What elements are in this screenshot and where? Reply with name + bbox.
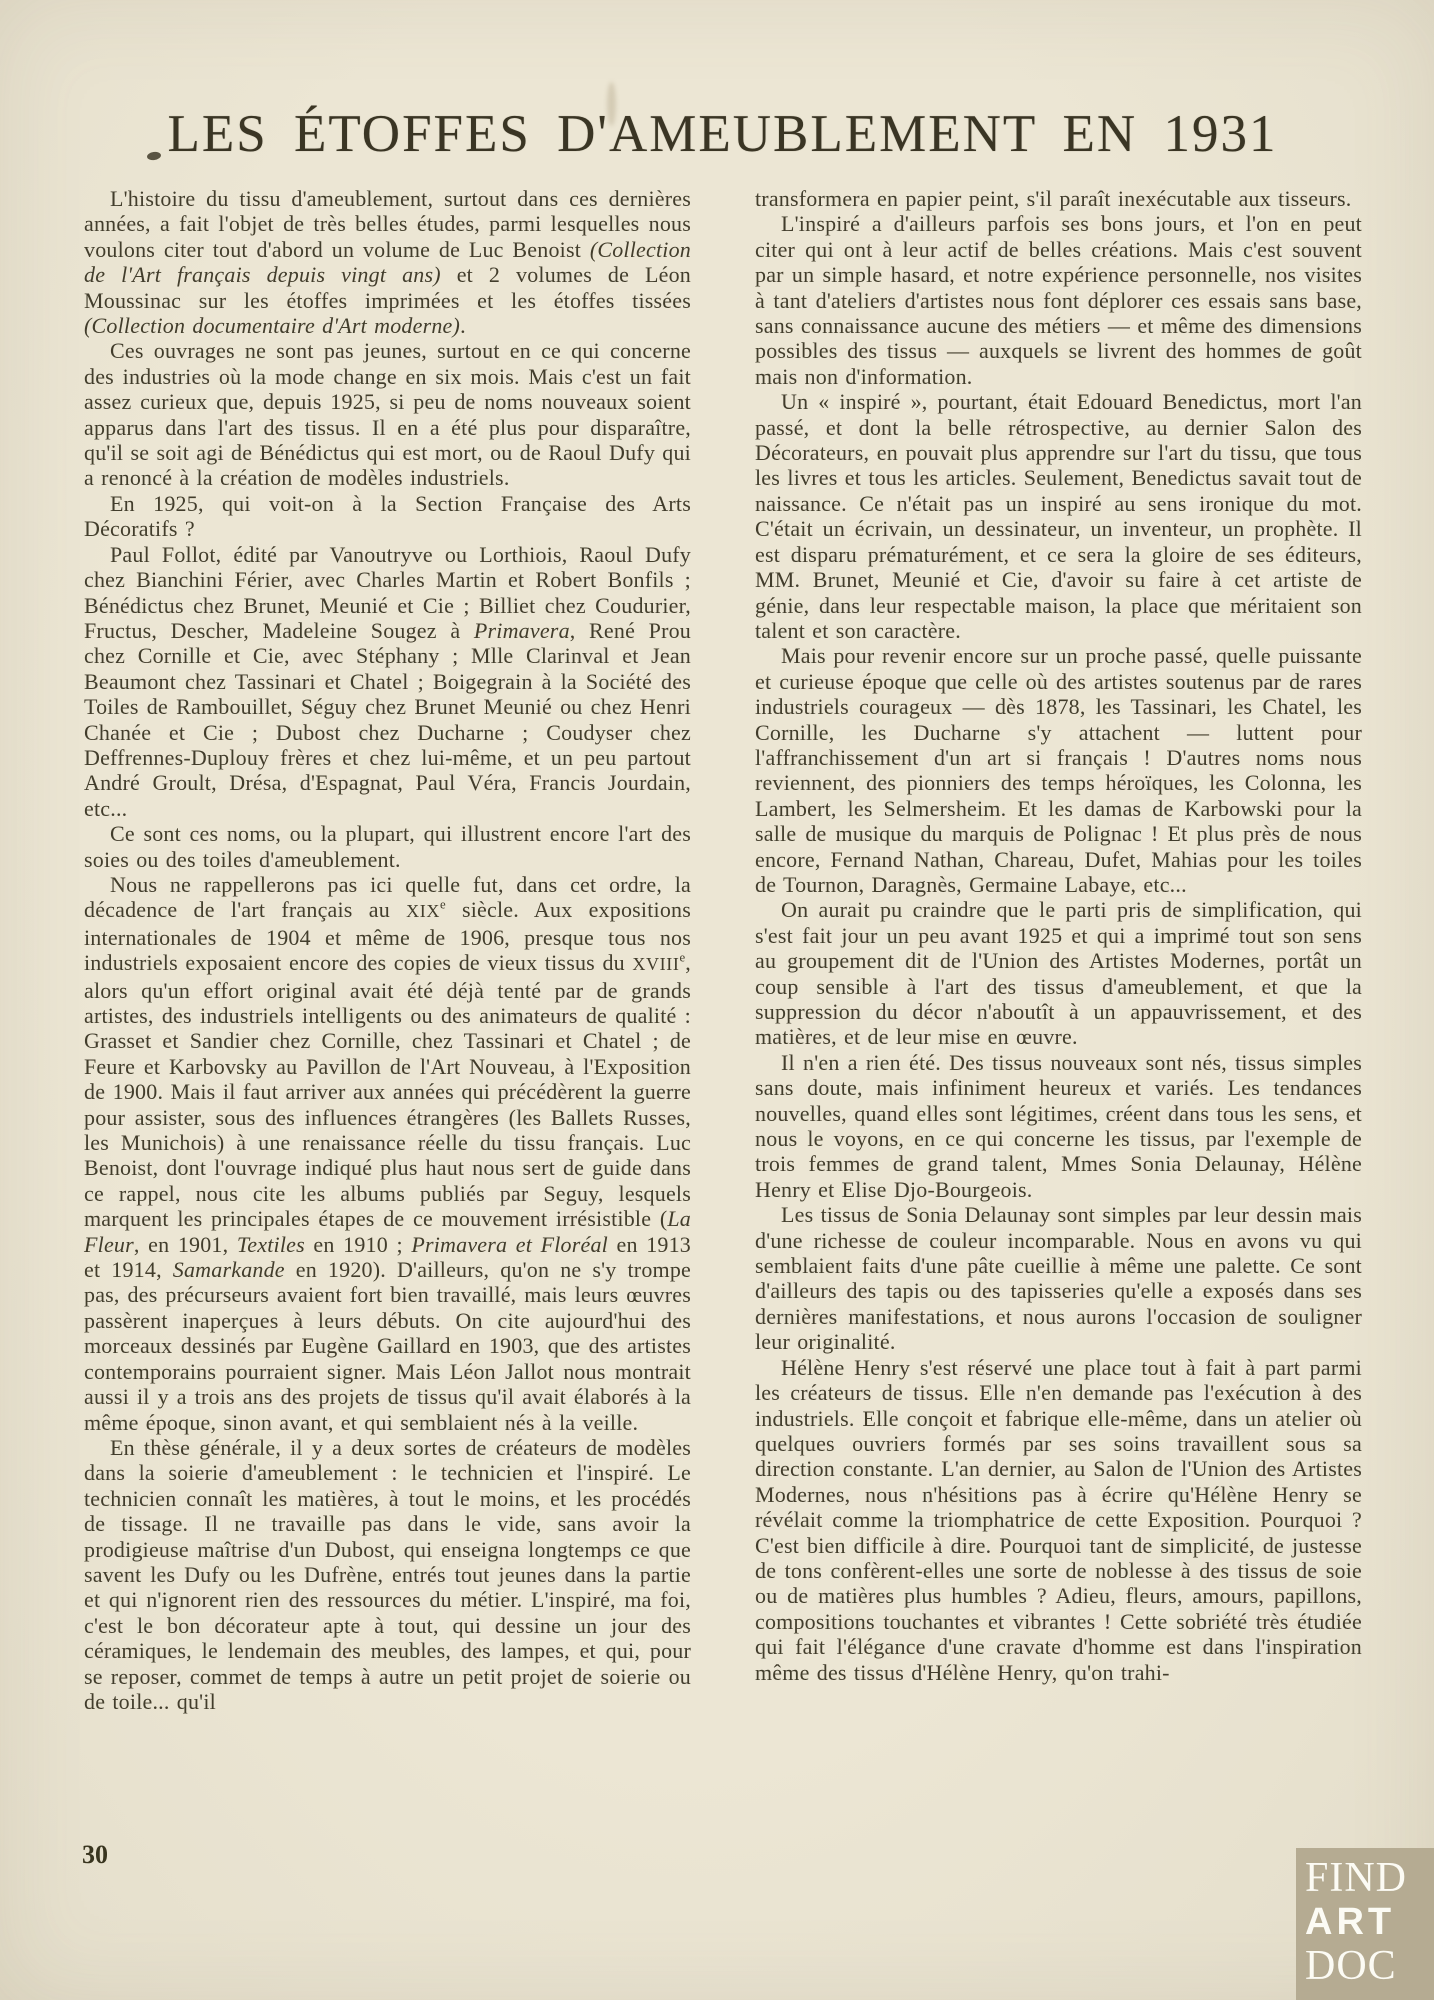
article-title: LES ÉTOFFES D'AMEUBLEMENT EN 1931 bbox=[84, 104, 1361, 164]
watermark-findartdoc: FIND ART DOC bbox=[1296, 1848, 1434, 2000]
page-number: 30 bbox=[82, 1840, 108, 1870]
text-run: XVIII bbox=[632, 954, 679, 974]
text-run: Il n'en a rien été. Des tissus nouveaux … bbox=[755, 1050, 1362, 1202]
text-run: Hélène Henry s'est réservé une place tou… bbox=[755, 1355, 1362, 1685]
text-run: On aurait pu craindre que le parti pris … bbox=[755, 897, 1362, 1049]
paragraph: Il n'en a rien été. Des tissus nouveaux … bbox=[755, 1050, 1362, 1202]
text-run: , en 1901, bbox=[134, 1232, 237, 1257]
text-run: , alors qu'un effort original avait été … bbox=[84, 950, 691, 1231]
text-run: En 1925, qui voit-on à la Section França… bbox=[84, 491, 691, 541]
text-run: Ce sont ces noms, ou la plupart, qui ill… bbox=[84, 821, 691, 871]
article-column-right: transformera en papier peint, s'il paraî… bbox=[755, 186, 1362, 1685]
text-run: transformera en papier peint, s'il paraî… bbox=[755, 186, 1351, 211]
paragraph: Les tissus de Sonia Delaunay sont simple… bbox=[755, 1202, 1362, 1354]
paragraph: En thèse générale, il y a deux sortes de… bbox=[84, 1435, 691, 1714]
text-run: Un « inspiré », pourtant, était Edouard … bbox=[755, 389, 1362, 643]
paragraph: Mais pour revenir encore sur un proche p… bbox=[755, 643, 1362, 897]
text-run: , René Prou chez Cornille et Cie, avec S… bbox=[84, 618, 691, 821]
text-run: Mais pour revenir encore sur un proche p… bbox=[755, 643, 1362, 897]
paragraph: Ces ouvrages ne sont pas jeunes, surtout… bbox=[84, 338, 691, 490]
text-run: en 1910 ; bbox=[305, 1232, 411, 1257]
scanned-magazine-page: LES ÉTOFFES D'AMEUBLEMENT EN 1931 L'hist… bbox=[0, 0, 1434, 2000]
paragraph: En 1925, qui voit-on à la Section França… bbox=[84, 491, 691, 542]
paragraph: On aurait pu craindre que le parti pris … bbox=[755, 897, 1362, 1049]
watermark-line-find: FIND bbox=[1305, 1856, 1434, 1900]
watermark-line-doc: DOC bbox=[1305, 1944, 1434, 1988]
paragraph: Paul Follot, édité par Vanoutryve ou Lor… bbox=[84, 542, 691, 821]
text-run: XIX bbox=[406, 901, 440, 921]
text-run: en 1920). D'ailleurs, qu'on ne s'y tromp… bbox=[84, 1257, 691, 1434]
italic-text-run: Primavera bbox=[474, 618, 570, 643]
italic-text-run: (Collection documentaire d'Art moderne) bbox=[84, 313, 460, 338]
italic-text-run: Samarkande bbox=[173, 1257, 285, 1282]
paragraph: Ce sont ces noms, ou la plupart, qui ill… bbox=[84, 821, 691, 872]
paragraph: L'inspiré a d'ailleurs parfois ses bons … bbox=[755, 211, 1362, 389]
text-run: Les tissus de Sonia Delaunay sont simple… bbox=[755, 1202, 1362, 1354]
italic-text-run: Primavera et Floréal bbox=[411, 1232, 608, 1257]
paragraph: Nous ne rappellerons pas ici quelle fut,… bbox=[84, 872, 691, 1435]
text-run: L'inspiré a d'ailleurs parfois ses bons … bbox=[755, 211, 1362, 388]
paragraph: transformera en papier peint, s'il paraî… bbox=[755, 186, 1362, 211]
watermark-line-art: ART bbox=[1305, 1900, 1434, 1944]
italic-text-run: Textiles bbox=[237, 1232, 305, 1257]
paragraph: L'histoire du tissu d'ameublement, surto… bbox=[84, 186, 691, 338]
paragraph: Un « inspiré », pourtant, était Edouard … bbox=[755, 389, 1362, 643]
text-run: En thèse générale, il y a deux sortes de… bbox=[84, 1435, 691, 1714]
text-run: . bbox=[460, 313, 466, 338]
text-run: Ces ouvrages ne sont pas jeunes, surtout… bbox=[84, 338, 691, 490]
paragraph: Hélène Henry s'est réservé une place tou… bbox=[755, 1355, 1362, 1685]
article-column-left: L'histoire du tissu d'ameublement, surto… bbox=[84, 186, 691, 1714]
